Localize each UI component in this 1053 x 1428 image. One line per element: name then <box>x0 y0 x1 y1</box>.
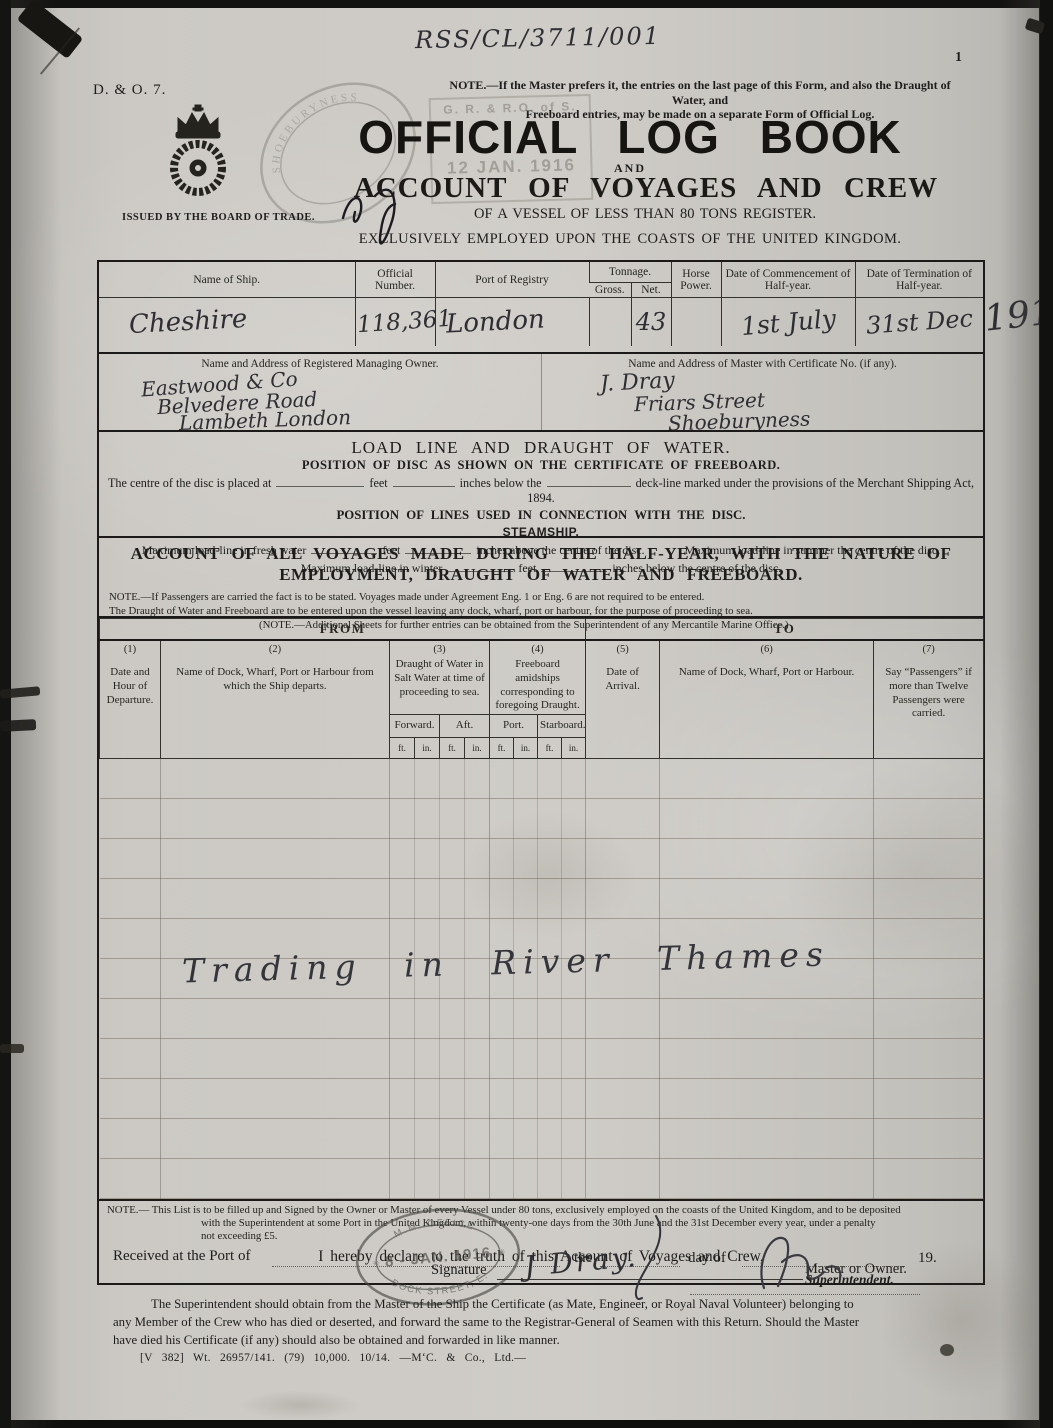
unit-in: in. <box>514 738 538 759</box>
voyage-empty-cell <box>415 1079 440 1119</box>
col-port-of-registry: Port of Registry <box>435 262 589 298</box>
voyage-empty-row <box>100 999 984 1039</box>
feet-label: feet <box>369 476 387 490</box>
position-of-lines-line: POSITION OF LINES USED IN CONNECTION WIT… <box>99 508 983 524</box>
voyage-empty-cell <box>100 999 161 1039</box>
voyage-empty-cell <box>415 999 440 1039</box>
col7-number: (7) <box>876 643 981 656</box>
voyage-empty-cell <box>161 839 390 879</box>
voyage-empty-cell <box>440 839 465 879</box>
voyage-empty-cell <box>538 799 562 839</box>
stamp-date-text: 8 - JAN. 1916 <box>384 1244 491 1270</box>
col7-label: Say “Passengers” if more than Twelve Pas… <box>885 666 972 719</box>
blank-line <box>276 475 364 487</box>
voyage-empty-cell <box>538 879 562 919</box>
ship-particulars-section: Name of Ship. Official Number. Port of R… <box>99 262 983 352</box>
issued-by-line: ISSUED BY THE BOARD OF TRADE. <box>122 212 315 223</box>
declaration-note-line1: NOTE.— This List is to be filled up and … <box>99 1201 983 1217</box>
voyage-empty-cell <box>440 1079 465 1119</box>
voyage-empty-cell <box>562 1159 586 1199</box>
voyage-empty-cell <box>390 1079 415 1119</box>
owner-header: Name and Address of Registered Managing … <box>99 354 541 370</box>
col-name-of-ship: Name of Ship. <box>99 262 355 298</box>
document-title: OFFICIAL LOG BOOK <box>340 110 920 164</box>
scan-edge-top <box>0 0 1053 8</box>
voyage-empty-cell <box>490 879 514 919</box>
col3-label: Draught of Water in Salt Water at time o… <box>394 658 485 698</box>
unit-in: in. <box>415 738 440 759</box>
voyage-empty-cell <box>874 1159 984 1199</box>
voyage-empty-cell <box>874 999 984 1039</box>
col1-label: Date and Hour of Departure. <box>107 666 154 706</box>
centre-prefix: The centre of the disc is placed at <box>108 476 271 490</box>
voyage-empty-cell <box>465 759 490 799</box>
unit-ft: ft. <box>538 738 562 759</box>
termination-value: 31st Dec <box>855 298 983 347</box>
voyage-empty-cell <box>390 1159 415 1199</box>
col-net: Net. <box>631 283 671 298</box>
voyage-empty-cell <box>465 1159 490 1199</box>
voyage-empty-cell <box>161 1039 390 1079</box>
voyage-empty-cell <box>440 1039 465 1079</box>
col-commencement: Date of Commencement of Half-year. <box>721 262 855 298</box>
col-tonnage: Tonnage. <box>589 262 671 283</box>
voyage-empty-cell <box>874 1119 984 1159</box>
stain <box>240 1390 360 1420</box>
col3-number: (3) <box>392 643 487 656</box>
voyage-empty-cell <box>100 799 161 839</box>
voyage-empty-cell <box>465 879 490 919</box>
received-the: the <box>574 1250 592 1267</box>
instructions-line2: any Member of the Crew who has died or d… <box>113 1314 991 1332</box>
voyage-empty-cell <box>874 919 984 959</box>
load-line-title: LOAD LINE AND DRAUGHT OF WATER. <box>99 432 983 458</box>
voyage-empty-cell <box>440 799 465 839</box>
voyage-empty-cell <box>514 759 538 799</box>
voyage-empty-cell <box>490 759 514 799</box>
voyage-empty-cell <box>514 1039 538 1079</box>
blank-line <box>393 475 455 487</box>
aft-header: Aft. <box>440 715 490 738</box>
voyage-empty-cell <box>100 839 161 879</box>
unit-ft: ft. <box>440 738 465 759</box>
declaration-note-line2: with the Superintendent at some Port in … <box>99 1217 983 1230</box>
voyage-empty-cell <box>161 1119 390 1159</box>
forward-header: Forward. <box>390 715 440 738</box>
voyage-empty-cell <box>415 1039 440 1079</box>
voyage-empty-cell <box>538 1079 562 1119</box>
declaration-note-line3: not exceeding £5. <box>99 1230 983 1243</box>
account-heading-section: ACCOUNT OF ALL VOYAGES MADE DURING THE H… <box>99 536 983 616</box>
account-heading-line2: EMPLOYMENT, DRAUGHT OF WATER AND FREEBOA… <box>99 564 983 585</box>
voyage-empty-row <box>100 1079 984 1119</box>
voyage-empty-cell <box>562 1119 586 1159</box>
voyage-empty-cell <box>390 1039 415 1079</box>
board-of-trade-crown-emblem-icon <box>158 104 238 204</box>
voyage-empty-cell <box>161 999 390 1039</box>
voyage-empty-cell <box>100 959 161 999</box>
voyage-empty-row <box>100 1159 984 1199</box>
voyage-empty-cell <box>514 1119 538 1159</box>
from-band: FROM <box>100 619 586 641</box>
voyage-empty-cell <box>161 759 390 799</box>
voyage-empty-cell <box>490 1119 514 1159</box>
ship-name-value: Cheshire <box>99 298 355 347</box>
voyage-empty-row <box>100 759 984 799</box>
voyage-empty-cell <box>465 799 490 839</box>
owner-half: Name and Address of Registered Managing … <box>99 354 541 430</box>
voyage-empty-cell <box>660 1119 874 1159</box>
voyage-empty-row <box>100 839 984 879</box>
voyage-empty-cell <box>586 839 660 879</box>
voyage-empty-cell <box>161 1079 390 1119</box>
vessel-line: OF A VESSEL OF LESS THAN 80 TONS REGISTE… <box>395 206 895 223</box>
form-code: D. & O. 7. <box>93 82 166 99</box>
voyage-empty-cell <box>390 879 415 919</box>
net-tonnage-value: 43 <box>631 298 671 347</box>
voyage-empty-cell <box>465 999 490 1039</box>
col5-label: Date of Arrival. <box>605 666 640 692</box>
col7-header: (7)Say “Passengers” if more than Twelve … <box>874 640 984 759</box>
gross-tonnage-value <box>589 298 631 347</box>
binding-mark <box>0 719 36 732</box>
col3-header: (3)Draught of Water in Salt Water at tim… <box>390 640 490 715</box>
voyage-empty-cell <box>514 879 538 919</box>
voyages-section: FROM TO (1)Date and Hour of Departure. (… <box>99 616 983 1199</box>
col-horse-power: Horse Power. <box>671 262 721 298</box>
blank-line <box>547 475 631 487</box>
voyage-empty-cell <box>586 1119 660 1159</box>
col4-label: Freeboard amidships corresponding to for… <box>495 658 579 711</box>
voyage-empty-cell <box>874 879 984 919</box>
voyage-empty-cell <box>660 879 874 919</box>
official-number-value: 118,361 <box>355 298 435 347</box>
voyage-empty-cell <box>415 1159 440 1199</box>
col4-header: (4)Freeboard amidships corresponding to … <box>490 640 586 715</box>
voyage-empty-row <box>100 1039 984 1079</box>
svg-text:M.M. OFFICE: M.M. OFFICE <box>391 1214 477 1240</box>
voyage-empty-cell <box>465 1039 490 1079</box>
master-header: Name and Address of Master with Certific… <box>542 354 983 370</box>
voyage-empty-cell <box>538 1039 562 1079</box>
voyage-empty-cell <box>874 799 984 839</box>
voyage-empty-cell <box>660 839 874 879</box>
right-shadow-band <box>1000 0 1040 1428</box>
pen-flourish-mark <box>335 176 445 256</box>
voyage-empty-cell <box>490 799 514 839</box>
voyage-empty-cell <box>100 1159 161 1199</box>
instructions-line1: The Superintendent should obtain from th… <box>113 1296 991 1314</box>
main-form-box: Name of Ship. Official Number. Port of R… <box>97 260 985 1285</box>
archive-reference-handwritten: RSS/CL/3711/001 <box>415 22 661 54</box>
col1-header: (1)Date and Hour of Departure. <box>100 640 161 759</box>
account-note1: NOTE.—If Passengers are carried the fact… <box>99 586 983 604</box>
col-gross: Gross. <box>589 283 631 298</box>
col2-label: Name of Dock, Wharf, Port or Harbour fro… <box>176 666 373 692</box>
starboard-header: Starboard. <box>538 715 586 738</box>
col6-header: (6)Name of Dock, Wharf, Port or Harbour. <box>660 640 874 759</box>
voyage-empty-cell <box>660 1079 874 1119</box>
voyage-empty-cell <box>562 759 586 799</box>
scanned-log-book-page: RSS/CL/3711/001 1 D. & O. 7. NOTE.—If th… <box>0 0 1053 1428</box>
voyage-empty-row <box>100 1119 984 1159</box>
voyage-empty-cell <box>415 799 440 839</box>
voyage-empty-cell <box>465 839 490 879</box>
master-half: Name and Address of Master with Certific… <box>541 354 983 430</box>
voyage-empty-cell <box>562 1079 586 1119</box>
ship-particulars-table: Name of Ship. Official Number. Port of R… <box>99 262 983 346</box>
voyage-empty-cell <box>465 1119 490 1159</box>
declaration-section: NOTE.— This List is to be filled up and … <box>99 1199 983 1283</box>
voyage-empty-cell <box>415 879 440 919</box>
voyage-empty-cell <box>100 1039 161 1079</box>
voyage-empty-cell <box>440 1119 465 1159</box>
voyage-empty-cell <box>390 999 415 1039</box>
voyage-empty-cell <box>415 839 440 879</box>
scan-edge-left <box>0 0 11 1428</box>
signature-flourish-tall <box>612 1212 682 1307</box>
voyage-empty-cell <box>514 1079 538 1119</box>
voyage-empty-cell <box>390 1119 415 1159</box>
voyage-empty-cell <box>586 999 660 1039</box>
voyage-empty-cell <box>390 839 415 879</box>
received-prefix: Received at the Port of <box>113 1248 250 1265</box>
voyage-empty-cell <box>538 1119 562 1159</box>
binding-mark <box>0 1044 24 1053</box>
voyage-empty-cell <box>586 1079 660 1119</box>
voyage-empty-cell <box>415 759 440 799</box>
voyage-empty-cell <box>440 999 465 1039</box>
superintendent-instructions: The Superintendent should obtain from th… <box>113 1296 991 1350</box>
voyage-empty-cell <box>660 759 874 799</box>
voyage-empty-row <box>100 879 984 919</box>
col1-number: (1) <box>102 643 158 656</box>
voyages-table: FROM TO (1)Date and Hour of Departure. (… <box>99 618 984 1199</box>
voyage-empty-cell <box>390 799 415 839</box>
binding-mark <box>0 686 40 698</box>
received-day-of: day of <box>688 1250 726 1267</box>
printer-imprint-line: [V 382] Wt. 26957/141. (79) 10,000. 10/1… <box>140 1352 526 1364</box>
stamp-star-right: ✳ <box>497 1247 506 1258</box>
voyage-empty-cell <box>586 879 660 919</box>
voyage-empty-cell <box>874 1079 984 1119</box>
port-of-registry-value: London <box>435 298 589 347</box>
voyage-empty-cell <box>514 839 538 879</box>
voyage-empty-cell <box>874 839 984 879</box>
voyage-empty-cell <box>415 1119 440 1159</box>
voyage-empty-cell <box>562 839 586 879</box>
voyage-empty-cell <box>538 1159 562 1199</box>
centre-of-disc-line: The centre of the disc is placed atfeeti… <box>99 475 983 507</box>
col6-number: (6) <box>662 643 871 656</box>
voyage-empty-cell <box>514 799 538 839</box>
voyage-empty-cell <box>562 999 586 1039</box>
voyage-empty-cell <box>538 759 562 799</box>
voyage-empty-cell <box>538 839 562 879</box>
corner-fold-mark <box>17 0 83 59</box>
voyage-empty-cell <box>514 999 538 1039</box>
voyage-empty-cell <box>161 879 390 919</box>
voyage-empty-cell <box>490 1159 514 1199</box>
horse-power-value <box>671 298 721 347</box>
left-shadow-band <box>11 0 61 1428</box>
received-year: 19. <box>918 1250 937 1267</box>
voyage-empty-cell <box>660 1159 874 1199</box>
voyage-empty-cell <box>100 759 161 799</box>
margin-year-handwritten: 1915 <box>982 289 1053 339</box>
ship-values-row: Cheshire 118,361 London 43 1st July 31st… <box>99 298 983 347</box>
scan-edge-right <box>1039 0 1053 1428</box>
voyage-empty-cell <box>490 839 514 879</box>
voyage-empty-cell <box>538 999 562 1039</box>
load-line-section: LOAD LINE AND DRAUGHT OF WATER. POSITION… <box>99 430 983 536</box>
voyage-empty-cell <box>490 1079 514 1119</box>
voyage-empty-cell <box>490 1039 514 1079</box>
voyage-empty-cell <box>440 879 465 919</box>
col5-header: (5)Date of Arrival. <box>586 640 660 759</box>
voyage-empty-row <box>100 799 984 839</box>
superintendent-signature-flourish <box>738 1228 848 1298</box>
scan-edge-bottom <box>0 1420 1053 1428</box>
voyage-empty-cell <box>874 959 984 999</box>
stamp-star-left: ✳ <box>372 1258 381 1269</box>
voyage-empty-cell <box>390 759 415 799</box>
port-header: Port. <box>490 715 538 738</box>
voyage-empty-cell <box>586 759 660 799</box>
voyage-empty-cell <box>562 879 586 919</box>
col-termination: Date of Termination of Half-year. <box>855 262 983 298</box>
voyage-empty-cell <box>562 799 586 839</box>
page-number: 1 <box>955 50 962 66</box>
voyage-empty-cell <box>660 999 874 1039</box>
col5-number: (5) <box>588 643 657 656</box>
voyage-empty-cell <box>465 1079 490 1119</box>
voyage-empty-cell <box>660 1039 874 1079</box>
account-heading-line1: ACCOUNT OF ALL VOYAGES MADE DURING THE H… <box>99 538 983 564</box>
voyage-empty-cell <box>100 1079 161 1119</box>
voyage-empty-cell <box>874 759 984 799</box>
voyage-empty-cell <box>161 799 390 839</box>
voyage-empty-cell <box>660 799 874 839</box>
voyage-empty-cell <box>100 919 161 959</box>
corner-crease-line <box>40 27 80 74</box>
col2-header: (2)Name of Dock, Wharf, Port or Harbour … <box>161 640 390 759</box>
unit-ft: ft. <box>390 738 415 759</box>
col2-number: (2) <box>163 643 387 656</box>
voyage-empty-cell <box>161 1159 390 1199</box>
voyage-empty-cell <box>586 799 660 839</box>
unit-in: in. <box>562 738 586 759</box>
col-official-number: Official Number. <box>355 262 435 298</box>
voyage-empty-cell <box>586 1039 660 1079</box>
voyage-empty-cell <box>100 1119 161 1159</box>
unit-ft: ft. <box>490 738 514 759</box>
inches-below-label: inches below the <box>460 476 542 490</box>
stamp-arc-top-text: M.M. OFFICE <box>391 1214 477 1240</box>
unit-in: in. <box>465 738 490 759</box>
col6-label: Name of Dock, Wharf, Port or Harbour. <box>679 666 854 678</box>
voyage-empty-cell <box>100 879 161 919</box>
commencement-value: 1st July <box>721 298 855 347</box>
col4-number: (4) <box>492 643 583 656</box>
owner-master-section: Name and Address of Registered Managing … <box>99 352 983 430</box>
voyage-empty-cell <box>440 1159 465 1199</box>
voyage-empty-cell <box>514 1159 538 1199</box>
voyage-empty-cell <box>490 999 514 1039</box>
voyage-empty-cell <box>440 759 465 799</box>
voyage-empty-cell <box>586 1159 660 1199</box>
position-of-disc-line: POSITION OF DISC AS SHOWN ON THE CERTIFI… <box>99 458 983 474</box>
voyage-empty-cell <box>562 1039 586 1079</box>
instructions-line3: have died his Certificate (if any) shoul… <box>113 1332 991 1350</box>
voyage-empty-cell <box>874 1039 984 1079</box>
edge-mark <box>1025 18 1046 35</box>
to-band: TO <box>586 619 984 641</box>
